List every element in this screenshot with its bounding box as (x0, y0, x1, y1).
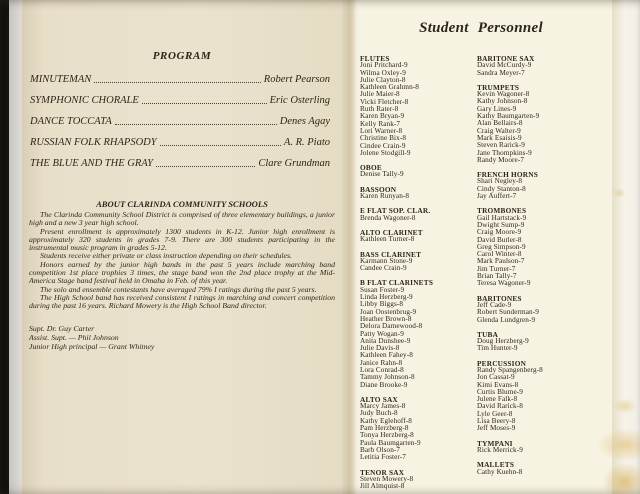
composer-name: Denes Agay (280, 116, 330, 127)
paper-edge (612, 0, 640, 494)
program-title: PROGRAM (22, 50, 342, 62)
page-fold (342, 0, 358, 494)
instrument-section: ALTO SAXMarcy James-8Judy Buch-8Kathy Eg… (360, 396, 475, 462)
member-name: Brenda Wagoner-8 (360, 215, 475, 222)
instrument-section: OBOEDenise Tally-9 (360, 164, 475, 179)
piece-title: THE BLUE AND THE GRAY (30, 158, 153, 169)
about-paragraph: Present enrollment is approximately 1300… (29, 228, 335, 253)
instrument-section: BASSOONKaren Runyan-8 (360, 186, 475, 201)
piece-title: SYMPHONIC CHORALE (30, 95, 139, 106)
about-title: ABOUT CLARINDA COMMUNITY SCHOOLS (22, 199, 342, 209)
piece-title: DANCE TOCCATA (30, 116, 112, 127)
about-paragraph: The Clarinda Community School District i… (29, 211, 335, 228)
dotted-leader (160, 145, 281, 146)
instrument-section: E FLAT SOP. CLAR.Brenda Wagoner-8 (360, 207, 475, 222)
instrument-section: B FLAT CLARINETSSusan Foster-9Linda Herz… (360, 279, 475, 388)
member-name: Karen Runyan-8 (360, 193, 475, 200)
about-paragraph: The High School band has received consis… (29, 294, 335, 311)
composer-name: Eric Osterling (270, 95, 330, 106)
program-item: THE BLUE AND THE GRAYClare Grundman (30, 158, 330, 169)
dotted-leader (94, 82, 261, 83)
personnel-columns: FLUTESJoni Pritchard-9Wilma Oxley-9Julie… (358, 55, 640, 494)
program-item: SYMPHONIC CHORALEEric Osterling (30, 95, 330, 106)
dotted-leader (156, 166, 255, 167)
program-item: MINUTEMANRobert Pearson (30, 74, 330, 85)
program-item: DANCE TOCCATADenes Agay (30, 116, 330, 127)
dotted-leader (115, 124, 277, 125)
member-name: Letitia Foster-7 (360, 454, 475, 461)
personnel-column-1: FLUTESJoni Pritchard-9Wilma Oxley-9Julie… (358, 55, 475, 494)
program-list: MINUTEMANRobert PearsonSYMPHONIC CHORALE… (30, 74, 330, 169)
member-name: Jolene Stodgill-9 (360, 150, 475, 157)
program-item: RUSSIAN FOLK RHAPSODYA. R. Piato (30, 137, 330, 148)
scanned-concert-program: PROGRAM MINUTEMANRobert PearsonSYMPHONIC… (0, 0, 640, 494)
dotted-leader (142, 103, 267, 104)
staff-line: Supt. Dr. Guy Carter (29, 324, 342, 333)
staff-line: Junior High principal — Grant Whitney (29, 342, 342, 351)
staff-block: Supt. Dr. Guy CarterAssist. Supt. — Phil… (29, 324, 342, 352)
member-name: Diane Brooke-9 (360, 382, 475, 389)
personnel-column-2: BARITONE SAXDavid McCurdy-9Sandra Meyer-… (475, 55, 635, 494)
about-paragraph: Honors earned by the junior high bands i… (29, 261, 335, 286)
composer-name: A. R. Piato (284, 137, 330, 148)
personnel-title: Student Personnel (358, 20, 604, 37)
about-paragraphs: The Clarinda Community School District i… (29, 211, 335, 311)
instrument-section: BASS CLARINETKarmann Stone-9Candee Crain… (360, 251, 475, 273)
scan-edge-highlight (9, 0, 22, 494)
right-page: Student Personnel FLUTESJoni Pritchard-9… (358, 0, 640, 494)
member-name: Jill Almquist-8 (360, 483, 475, 490)
piece-title: RUSSIAN FOLK RHAPSODY (30, 137, 157, 148)
member-name: Kathleen Turner-8 (360, 236, 475, 243)
instrument-section: FLUTESJoni Pritchard-9Wilma Oxley-9Julie… (360, 55, 475, 157)
composer-name: Robert Pearson (264, 74, 330, 85)
instrument-section: ALTO CLARINETKathleen Turner-8 (360, 229, 475, 244)
scan-edge (0, 0, 9, 494)
staff-line: Assist. Supt. — Phil Johnson (29, 333, 342, 342)
member-name: Candee Crain-9 (360, 265, 475, 272)
composer-name: Clare Grundman (258, 158, 330, 169)
left-page: PROGRAM MINUTEMANRobert PearsonSYMPHONIC… (22, 0, 342, 494)
piece-title: MINUTEMAN (30, 74, 91, 85)
instrument-section: TENOR SAXSteven Mowery-8Jill Almquist-8 (360, 469, 475, 491)
member-name: Denise Tally-9 (360, 171, 475, 178)
